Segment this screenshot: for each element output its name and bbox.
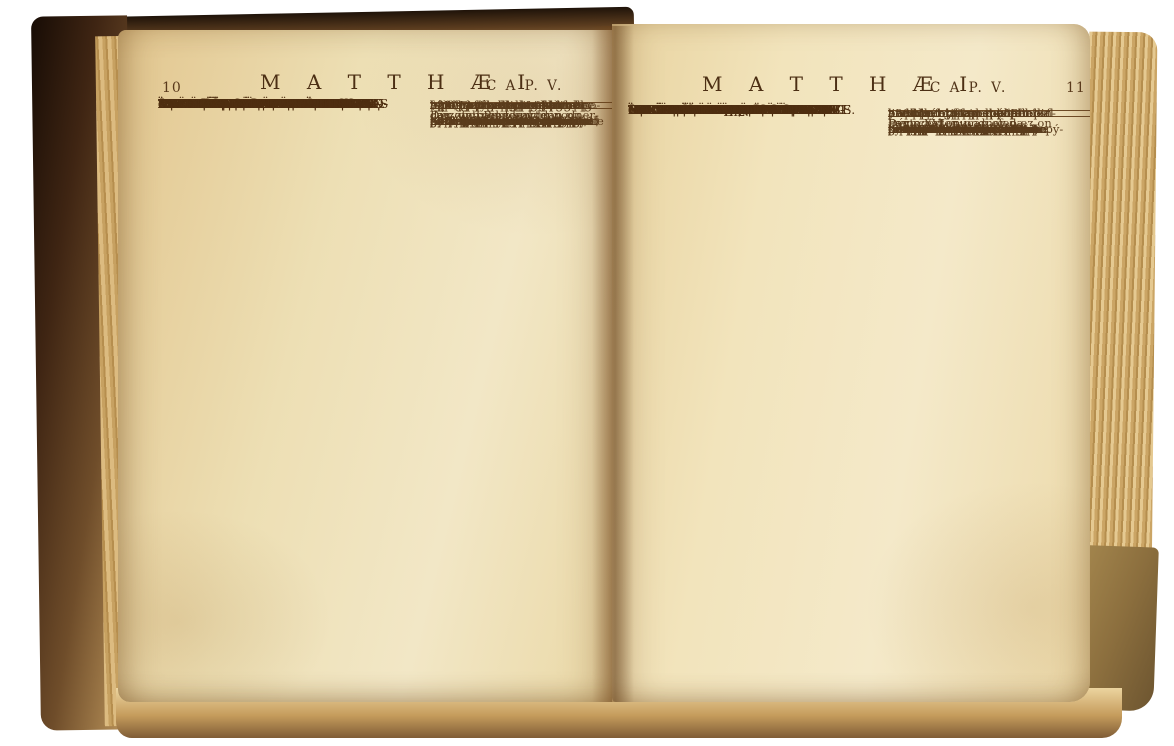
right-saxon-column: arend:· 30. And ʒif þin rpýðpehand þe ar… (888, 106, 1090, 702)
left-saxon-column: 23. Eopnortlice ʒif þubpinʒrt þine lac t… (430, 98, 612, 700)
left-page: 10 M A T T H Æ I C A P. V. 23. GΑΒΑΙ ΝΠ … (118, 30, 612, 702)
book-gutter-shadow (592, 26, 634, 702)
right-chapter-heading: C A P. V. (930, 80, 1008, 96)
left-page-number: 10 (162, 80, 182, 96)
catchword-text: ΑΙΝ (724, 104, 750, 120)
right-page-number: 11 (1066, 80, 1086, 96)
book-photo: 10 M A T T H Æ I C A P. V. 23. GΑΒΑΙ ΝΠ … (0, 0, 1174, 746)
left-gothic-column: 23. GΑΒΑΙ ΝΠ ΒΑΙΚΑΙS ΑΙΒΚΨΕΙΝ δΠ hΠΝSΛΑS… (158, 96, 428, 696)
left-chapter-heading: C A P. V. (486, 78, 564, 94)
right-gothic-column: δΚΙΠSΑΙ ΪΝ ΓΑΙΑΙΝΝΑΝ: 30. GΑh GΑΒΑΙ ΤΑΙh… (628, 102, 892, 698)
text-line: eall þin lichama rý on helle (430, 114, 588, 129)
text-line: þin heafod. fopþam þe ðu (888, 122, 1037, 137)
right-page: M A T T H Æ I C A P. V. 11 δΚΙΠSΑΙ ΪΝ ΓΑ… (612, 24, 1090, 702)
text-line: GΑh ΝΙ ΑΛΛΑΤΑ ΛΕΙΚ ΨΕΙΝ ΓΑ- (158, 96, 370, 112)
